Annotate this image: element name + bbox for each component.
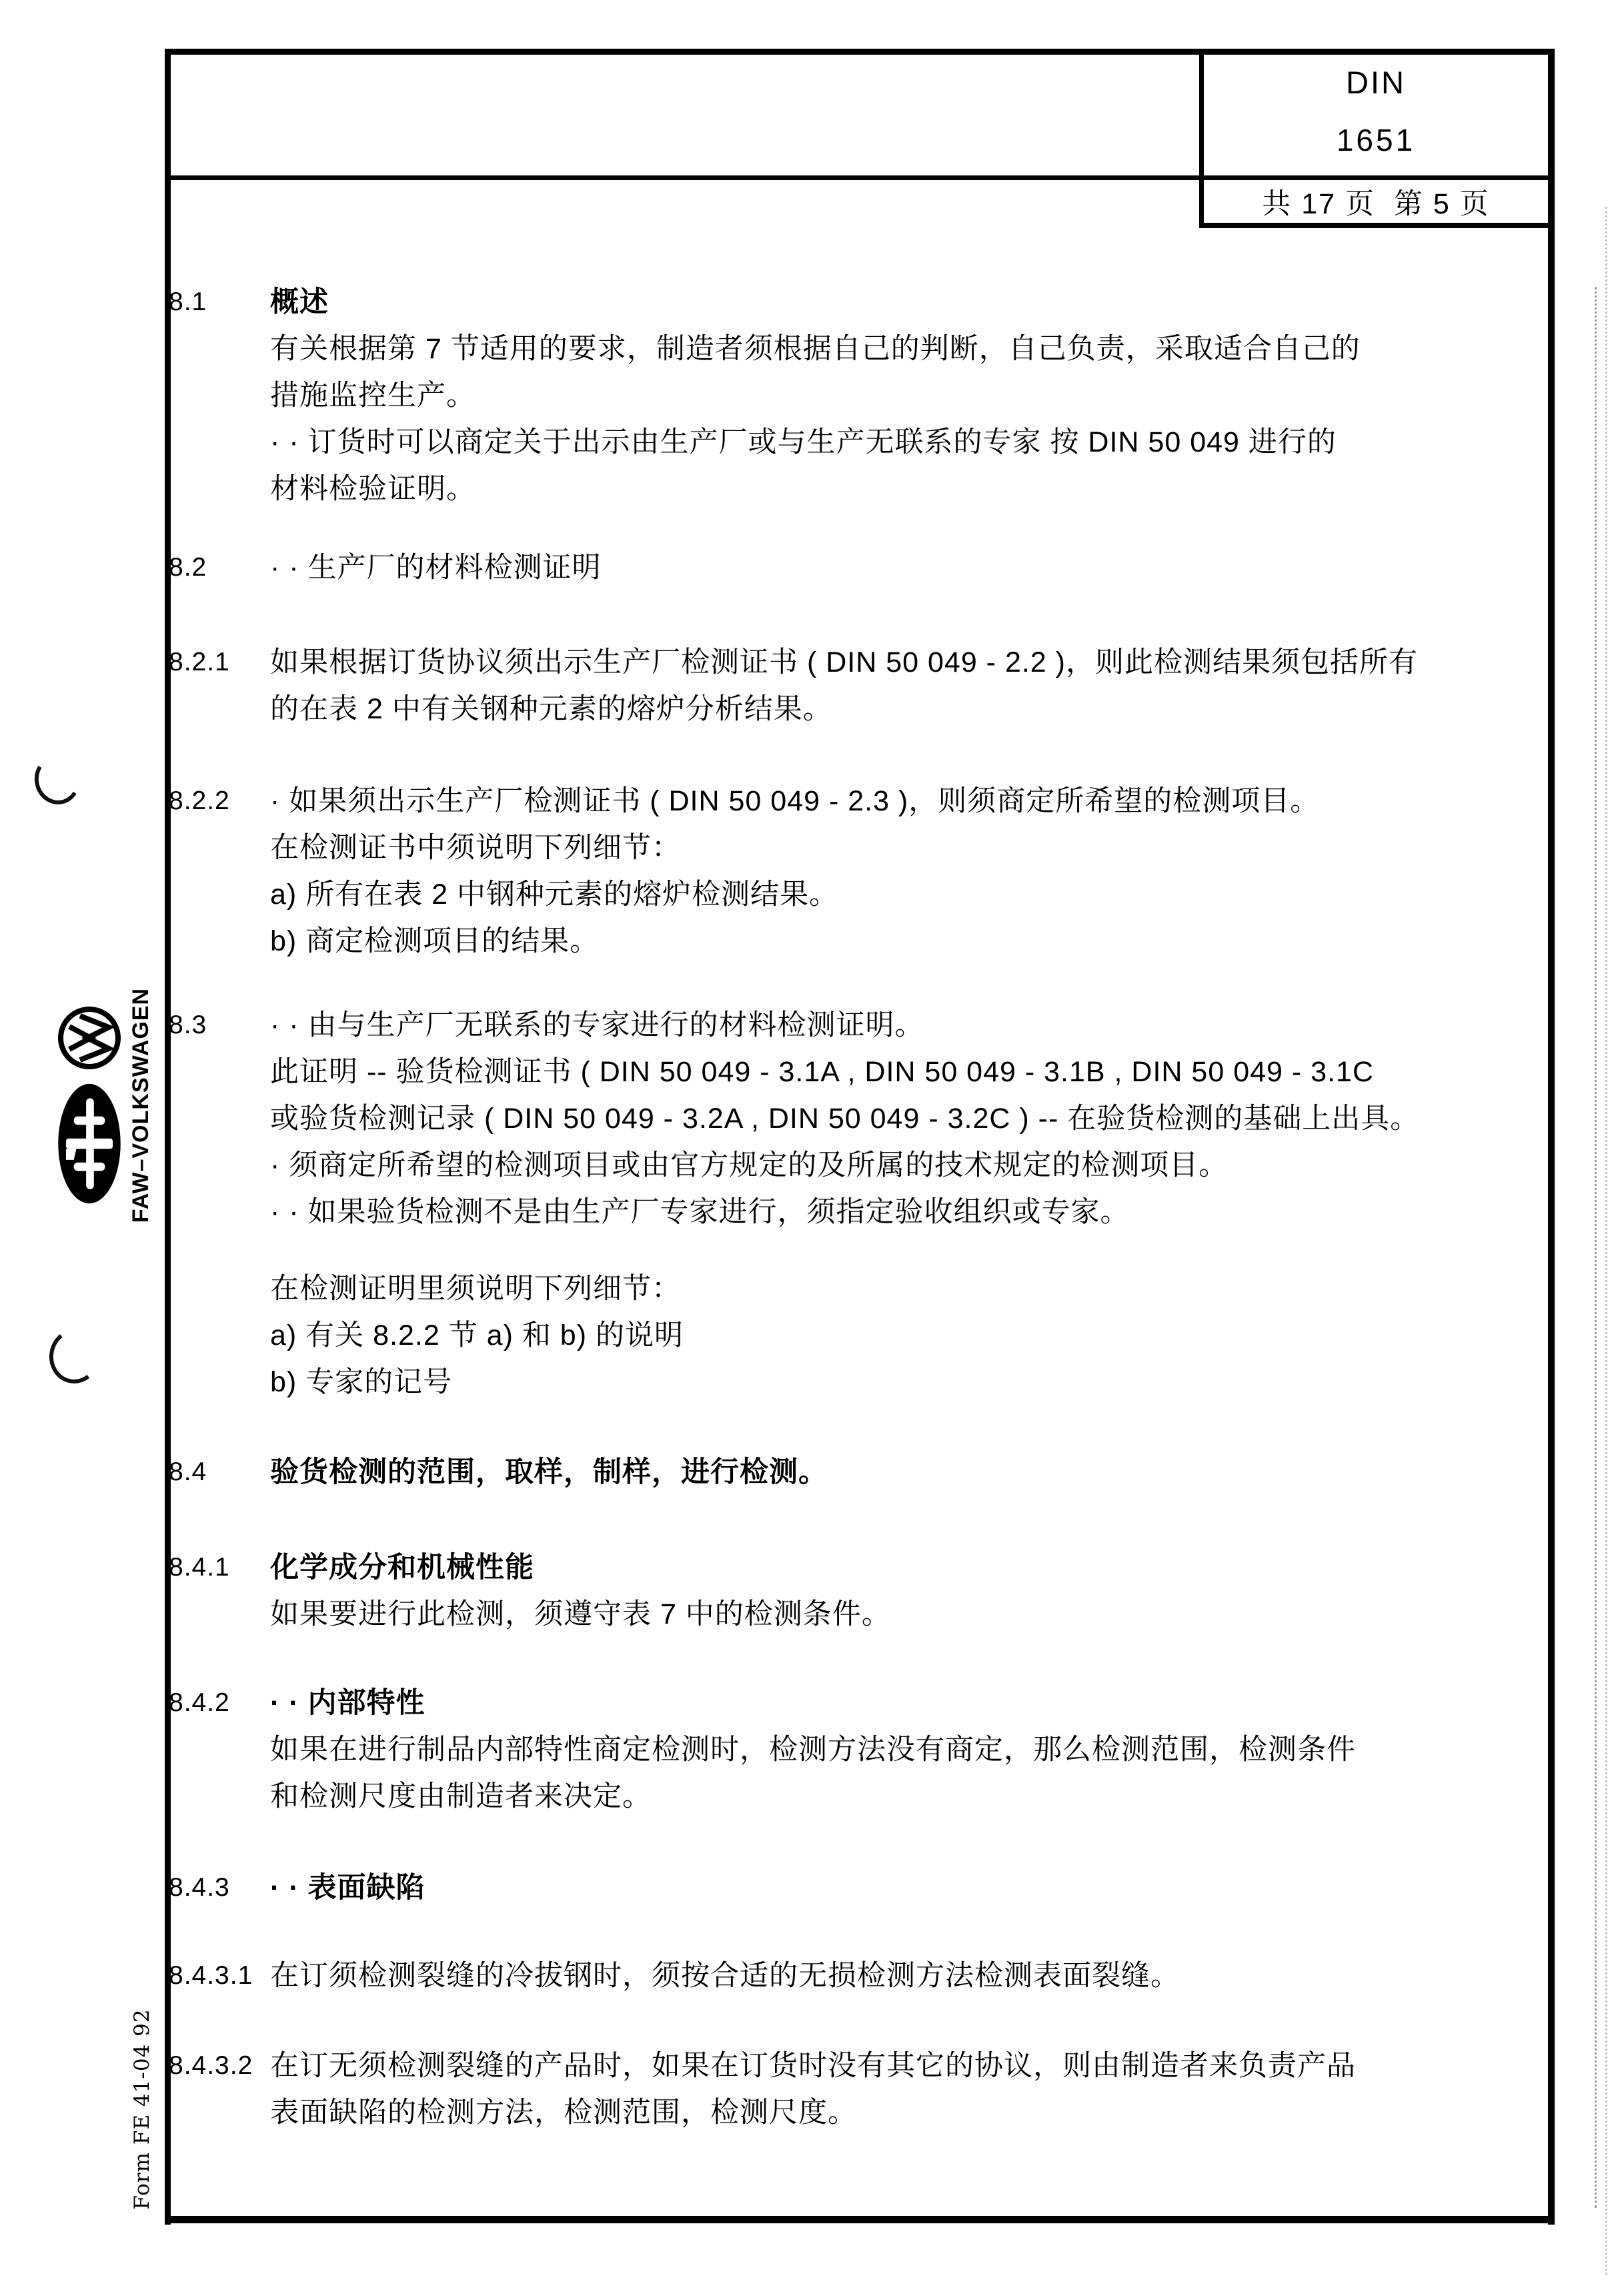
form-code: Form FE 41-04 92 — [127, 2009, 157, 2209]
section-8-4-3-2: 8.4.3.2 在订无须检测裂缝的产品时，如果在订货时没有其它的协议，则由制造者… — [169, 2043, 1489, 2136]
section-8-3: 8.3 · · 由与生产厂无联系的专家进行的材料检测证明。 此证明 -- 验货检… — [169, 1002, 1489, 1235]
section-title: · · 表面缺陷 — [270, 1864, 1489, 1911]
section-number: 8.2.2 — [169, 778, 230, 824]
standard-header-cell: DIN 1651 — [1204, 55, 1548, 175]
brand-block: FAW–VOLKSWAGEN — [56, 979, 156, 1232]
border-bottom — [165, 2216, 1555, 2223]
section-text: 在检测证书中须说明下列细节： — [270, 824, 1489, 871]
border-right — [1548, 49, 1555, 2225]
section-number: 8.3 — [169, 1002, 207, 1049]
section-text: a) 有关 8.2.2 节 a) 和 b) 的说明 — [270, 1312, 1489, 1359]
section-8-3-details: 在检测证明里须说明下列细节： a) 有关 8.2.2 节 a) 和 b) 的说明… — [169, 1265, 1489, 1405]
section-text: · 须商定所希望的检测项目或由官方规定的及所属的技术规定的检测项目。 — [270, 1142, 1489, 1189]
section-8-4-2: 8.4.2 · · 内部特性 如果在进行制品内部特性商定检测时，检测方法没有商定… — [169, 1680, 1489, 1820]
section-text: 和检测尺度由制造者来决定。 — [270, 1773, 1489, 1820]
section-8-4-1: 8.4.1 化学成分和机械性能 如果要进行此检测，须遵守表 7 中的检测条件。 — [169, 1544, 1489, 1638]
section-title: 概述 — [270, 279, 1489, 326]
section-text: 有关根据第 7 节适用的要求，制造者须根据自己的判断，自己负责，采取适合自己的 — [270, 326, 1489, 372]
header-bottom-line — [165, 175, 1555, 180]
brand-logos — [56, 1005, 125, 1206]
punch-hole-mark — [30, 751, 85, 809]
page-info: 共 17 页 第 5 页 — [1204, 180, 1548, 223]
section-8-2: 8.2 · · 生产厂的材料检测证明 — [169, 544, 1489, 591]
standard-name: DIN — [1346, 64, 1406, 101]
section-text: · · 如果验货检测不是由生产厂专家进行，须指定验收组织或专家。 — [270, 1189, 1489, 1235]
section-8-4-3: 8.4.3 · · 表面缺陷 — [169, 1864, 1489, 1911]
section-8-4: 8.4 验货检测的范围，取样，制样，进行检测。 — [169, 1449, 1489, 1496]
section-text: b) 专家的记号 — [270, 1359, 1489, 1405]
section-number: 8.2.1 — [169, 639, 230, 686]
section-title: · · 生产厂的材料检测证明 — [270, 544, 1489, 591]
section-text: 在订无须检测裂缝的产品时，如果在订货时没有其它的协议，则由制造者来负责产品 — [270, 2043, 1489, 2089]
section-number: 8.1 — [169, 279, 207, 326]
section-text: 或验货检测记录 ( DIN 50 049 - 3.2A , DIN 50 049… — [270, 1095, 1489, 1142]
section-title: · · 内部特性 — [270, 1680, 1489, 1726]
section-text: 如果在进行制品内部特性商定检测时，检测方法没有商定，那么检测范围，检测条件 — [270, 1726, 1489, 1773]
section-text: · · 订货时可以商定关于出示由生产厂或与生产无联系的专家 按 DIN 50 0… — [270, 419, 1489, 466]
section-number: 8.4.3 — [169, 1864, 230, 1911]
section-text: 的在表 2 中有关钢种元素的熔炉分析结果。 — [270, 686, 1489, 732]
border-top — [165, 49, 1555, 55]
section-8-2-1: 8.2.1 如果根据订货协议须出示生产厂检测证书 ( DIN 50 049 - … — [169, 639, 1489, 732]
section-number: 8.4.3.2 — [169, 2043, 253, 2089]
pageinfo-bottom-line — [1199, 223, 1555, 228]
section-text: 措施监控生产。 — [270, 372, 1489, 419]
scanned-document-page: DIN 1651 共 17 页 第 5 页 8.1 概述 有关根据第 7 节适用… — [0, 0, 1612, 2296]
section-text: 此证明 -- 验货检测证书 ( DIN 50 049 - 3.1A , DIN … — [270, 1049, 1489, 1095]
section-text: a) 所有在表 2 中钢种元素的熔炉检测结果。 — [270, 871, 1489, 918]
section-8-1: 8.1 概述 有关根据第 7 节适用的要求，制造者须根据自己的判断，自己负责，采… — [169, 279, 1489, 512]
section-number: 8.4.1 — [169, 1544, 230, 1591]
faw-logo — [56, 1083, 126, 1206]
section-text: 在订须检测裂缝的冷拔钢时，须按合适的无损检测方法检测表面裂缝。 — [270, 1952, 1489, 1999]
section-text: b) 商定检测项目的结果。 — [270, 918, 1489, 965]
section-number: 8.4 — [169, 1449, 207, 1496]
section-text: 如果要进行此检测，须遵守表 7 中的检测条件。 — [270, 1591, 1489, 1638]
section-text: 表面缺陷的检测方法，检测范围，检测尺度。 — [270, 2089, 1489, 2136]
section-text: 如果根据订货协议须出示生产厂检测证书 ( DIN 50 049 - 2.2 )，… — [270, 639, 1489, 686]
standard-number: 1651 — [1337, 122, 1415, 158]
section-text: 在检测证明里须说明下列细节： — [270, 1265, 1489, 1312]
section-8-4-3-1: 8.4.3.1 在订须检测裂缝的冷拔钢时，须按合适的无损检测方法检测表面裂缝。 — [169, 1952, 1489, 1999]
header-divider-line — [1199, 49, 1204, 227]
section-number: 8.4.3.1 — [169, 1952, 253, 1999]
section-8-2-2: 8.2.2 · 如果须出示生产厂检测证书 ( DIN 50 049 - 2.3 … — [169, 778, 1489, 965]
section-title: 验货检测的范围，取样，制样，进行检测。 — [270, 1449, 1489, 1496]
section-text: 材料检验证明。 — [270, 466, 1489, 512]
punch-hole-mark — [46, 1325, 104, 1387]
section-number: 8.2 — [169, 544, 207, 591]
vw-logo — [56, 1005, 126, 1072]
section-text: · 如果须出示生产厂检测证书 ( DIN 50 049 - 2.3 )，则须商定… — [270, 778, 1489, 824]
scan-artifact-dotted-line — [1595, 287, 1597, 2208]
scan-artifact-dotted-line — [1605, 207, 1607, 2275]
section-number: 8.4.2 — [169, 1680, 230, 1726]
section-title: · · 由与生产厂无联系的专家进行的材料检测证明。 — [270, 1002, 1489, 1049]
section-title: 化学成分和机械性能 — [270, 1544, 1489, 1591]
brand-name: FAW–VOLKSWAGEN — [128, 988, 154, 1223]
